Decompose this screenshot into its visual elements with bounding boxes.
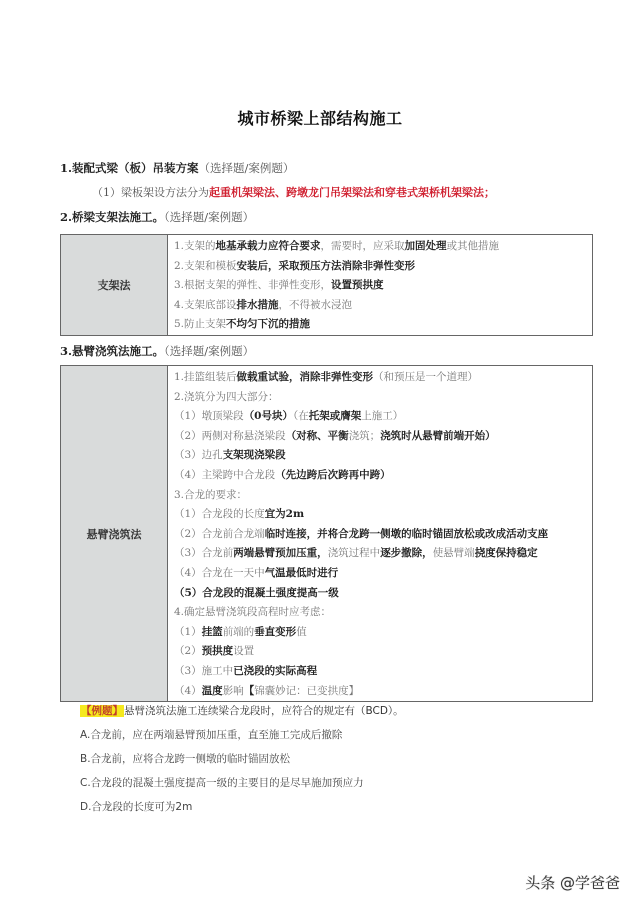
- list-item: 2.浇筑分为四大部分：: [174, 388, 586, 408]
- watermark: 头条 @学爸爸: [525, 872, 620, 893]
- section1-heading: 1.装配式梁（板）吊装方案（选择题/案例题）: [60, 160, 294, 176]
- section2-heading: 2.桥梁支架法施工。（选择题/案例题）: [60, 209, 254, 225]
- list-item: （3）施工中已浇段的实际高程: [174, 662, 586, 682]
- list-item: （5）合龙段的混凝土强度提高一级: [174, 584, 586, 604]
- list-item: 5.防止支架不均匀下沉的措施: [174, 315, 586, 335]
- list-item: 4.确定悬臂浇筑段高程时应考虑：: [174, 603, 586, 623]
- list-item: （4）温度影响【锦囊妙记：已变拱度】: [174, 682, 586, 702]
- list-item: （1）墩顶梁段（0号块）（在托架或膺架上施工）: [174, 407, 586, 427]
- list-item: （3）合龙前两端悬臂预加压重，浇筑过程中逐步撤除，使悬臂端挠度保持稳定: [174, 544, 586, 564]
- list-item: （1）合龙段的长度宜为2m: [174, 505, 586, 525]
- cantilever-method-table: 悬臂浇筑法 1.挂篮组装后做载重试验，消除非弹性变形（和预压是一个道理） 2.浇…: [60, 365, 593, 702]
- page-title: 城市桥梁上部结构施工: [0, 106, 640, 129]
- list-item: 3.根据支架的弹性、非弹性变形，设置预拱度: [174, 276, 586, 296]
- example-option-b: B.合龙前，应将合龙跨一侧墩的临时锚固放松: [80, 751, 290, 766]
- list-item: 1.挂篮组装后做载重试验，消除非弹性变形（和预压是一个道理）: [174, 368, 586, 388]
- list-item: 3.合龙的要求：: [174, 486, 586, 506]
- list-item: （2）预拱度设置: [174, 642, 586, 662]
- table-content: 1.支架的地基承载力应符合要求，需要时，应采取加固处理或其他措施 2.支架和模板…: [168, 235, 593, 336]
- table-content: 1.挂篮组装后做载重试验，消除非弹性变形（和预压是一个道理） 2.浇筑分为四大部…: [168, 366, 593, 702]
- list-item: （3）边孔支架现浇梁段: [174, 446, 586, 466]
- example-tag: 【例题】: [80, 705, 124, 717]
- list-item: 1.支架的地基承载力应符合要求，需要时，应采取加固处理或其他措施: [174, 237, 586, 257]
- example-question: 【例题】悬臂浇筑法施工连续梁合龙段时，应符合的规定有（BCD）。: [80, 703, 404, 718]
- highlighted-methods: 起重机架梁法、跨墩龙门吊架梁法和穿巷式架桥机架梁法；: [209, 186, 495, 199]
- scaffold-method-table: 支架法 1.支架的地基承载力应符合要求，需要时，应采取加固处理或其他措施 2.支…: [60, 234, 593, 336]
- table-label: 悬臂浇筑法: [61, 366, 168, 702]
- example-option-a: A.合龙前，应在两端悬臂预加压重，直至施工完成后撤除: [80, 727, 342, 742]
- example-option-c: C.合龙段的混凝土强度提高一级的主要目的是尽早施加预应力: [80, 775, 364, 790]
- list-item: 2.支架和模板安装后，采取预压方法消除非弹性变形: [174, 257, 586, 277]
- example-option-d: D.合龙段的长度可为2m: [80, 799, 192, 814]
- list-item: （2）两侧对称悬浇梁段（对称、平衡浇筑；浇筑时从悬臂前端开始）: [174, 427, 586, 447]
- list-item: 4.支架底部设排水措施，不得被水浸泡: [174, 296, 586, 316]
- table-label: 支架法: [61, 235, 168, 336]
- list-item: （1）挂篮前端的垂直变形值: [174, 623, 586, 643]
- section1-item: （1）梁板架设方法分为起重机架梁法、跨墩龙门吊架梁法和穿巷式架桥机架梁法；: [92, 184, 495, 200]
- list-item: （4）合龙在一天中气温最低时进行: [174, 564, 586, 584]
- section3-heading: 3.悬臂浇筑法施工。（选择题/案例题）: [60, 343, 254, 359]
- list-item: （2）合龙前合龙端临时连接，并将合龙跨一侧墩的临时锚固放松或改成活动支座: [174, 525, 586, 545]
- list-item: （4）主梁跨中合龙段（先边跨后次跨再中跨）: [174, 466, 586, 486]
